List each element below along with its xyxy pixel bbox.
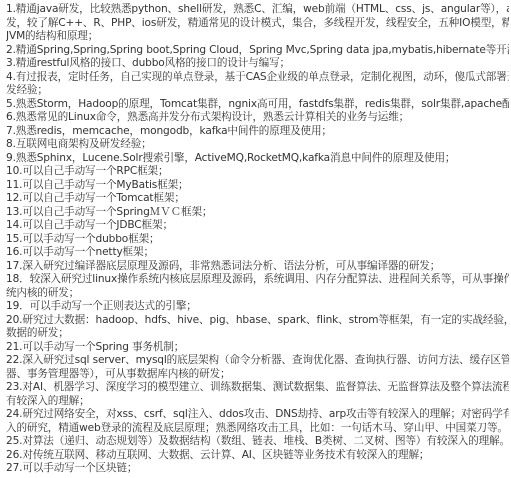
text-line: 发经验；	[6, 84, 509, 98]
list-item-10: 10.可以自己手动写一个RPC框架；	[6, 165, 509, 179]
text-line: 22.深入研究过sql server、mysql的底层架构（命令分析器、查询优化…	[6, 354, 509, 368]
list-item-12: 12.可以自己手动写一个Tomcat框架；	[6, 192, 509, 206]
text-line: 1.精通java研发，比较熟悉python、shell研发，熟悉C、汇编，web…	[6, 3, 509, 17]
text-line: 17.深入研究过编译器底层原理及源码，非常熟悉词法分析、语法分析，可从事编译器的…	[6, 260, 509, 274]
text-line: 2.精通Spring,Spring,Spring boot,Spring Clo…	[6, 44, 509, 58]
list-item-6: 6.熟悉常见的Linux命令，熟悉高并发分布式架构设计，熟悉云计算相关的业务与运…	[6, 111, 509, 125]
text-line: 21.可以手动写一个Spring 事务机制；	[6, 341, 509, 355]
list-item-25: 25.对算法（递归、动态规划等）及数据结构（数组、链表、堆栈、B类树、二叉树、图…	[6, 435, 509, 449]
text-line: 18．较深入研究过linux操作系统内核底层原理及源码，系统调用、内存分配算法、…	[6, 273, 509, 287]
text-line: 入的研究，精通web登录的流程及底层原理；熟悉网络攻击工具，比如：一句话木马、穿…	[6, 422, 509, 436]
text-line: 13.可以自己手动写一个SpringＭＶＣ框架；	[6, 206, 509, 220]
text-line: 16.可以手动写一个netty框架；	[6, 246, 509, 260]
text-line: 4.有过报表，定时任务，自己实现的单点登录，基于CAS企业级的单点登录，定制化视…	[6, 71, 509, 85]
text-line: 有较深入的理解；	[6, 395, 509, 409]
list-item-19: 19．可以手动写一个正则表达式的引擎；	[6, 300, 509, 314]
list-item-2: 2.精通Spring,Spring,Spring boot,Spring Clo…	[6, 44, 509, 58]
list-item-16: 16.可以手动写一个netty框架；	[6, 246, 509, 260]
list-item-23: 23.对AI、机器学习、深度学习的模型建立、训练数据集、测试数据集、监督算法、无…	[6, 381, 509, 408]
list-item-15: 15.可以手动写一个dubbo框架；	[6, 233, 509, 247]
list-item-24: 24.研究过网络安全，对xss、csrf、sql注入、ddos攻击、DNS劫持、…	[6, 408, 509, 435]
list-item-26: 26.对传统互联网、移动互联网、大数据、云计算、AI、区块链等业务技术有较深入的…	[6, 449, 509, 463]
text-line: JVM的结构和原理；	[6, 30, 509, 44]
list-item-5: 5.熟悉Storm，Hadoop的原理，Tomcat集群，ngnix高可用，fa…	[6, 98, 509, 112]
text-line: 7.熟悉redis，memcache，mongodb，kafka中间件的原理及使…	[6, 125, 509, 139]
text-line: 发，较了解C++、R、PHP、ios研发，精通常见的设计模式，集合，多线程开发，…	[6, 17, 509, 31]
text-line: 15.可以手动写一个dubbo框架；	[6, 233, 509, 247]
list-item-7: 7.熟悉redis，memcache，mongodb，kafka中间件的原理及使…	[6, 125, 509, 139]
text-line: 20.研究过大数据：hadoop、hdfs、hive、pig、hbase、spa…	[6, 314, 509, 328]
text-line: 9.熟悉Sphinx，Lucene.Solr搜索引擎，ActiveMQ,Rock…	[6, 152, 509, 166]
text-line: 8.互联网电商架构及研发经验；	[6, 138, 509, 152]
list-item-18: 18．较深入研究过linux操作系统内核底层原理及源码，系统调用、内存分配算法、…	[6, 273, 509, 300]
text-line: 11.可以自己手动写一个MyBatis框架；	[6, 179, 509, 193]
text-line: 5.熟悉Storm，Hadoop的原理，Tomcat集群，ngnix高可用，fa…	[6, 98, 509, 112]
skills-document: 1.精通java研发，比较熟悉python、shell研发，熟悉C、汇编，web…	[6, 3, 509, 476]
text-line: 26.对传统互联网、移动互联网、大数据、云计算、AI、区块链等业务技术有较深入的…	[6, 449, 509, 463]
text-line: 19．可以手动写一个正则表达式的引擎；	[6, 300, 509, 314]
text-line: 12.可以自己手动写一个Tomcat框架；	[6, 192, 509, 206]
list-item-8: 8.互联网电商架构及研发经验；	[6, 138, 509, 152]
list-item-14: 14.可以自己手动写一个JDBC框架；	[6, 219, 509, 233]
text-line: 器、事务管理器等），可从事数据库内核的研发；	[6, 368, 509, 382]
text-line: 10.可以自己手动写一个RPC框架；	[6, 165, 509, 179]
list-item-11: 11.可以自己手动写一个MyBatis框架；	[6, 179, 509, 193]
list-item-20: 20.研究过大数据：hadoop、hdfs、hive、pig、hbase、spa…	[6, 314, 509, 341]
list-item-9: 9.熟悉Sphinx，Lucene.Solr搜索引擎，ActiveMQ,Rock…	[6, 152, 509, 166]
text-line: 6.熟悉常见的Linux命令，熟悉高并发分布式架构设计，熟悉云计算相关的业务与运…	[6, 111, 509, 125]
text-line: 统内核的研发；	[6, 287, 509, 301]
list-item-27: 27.可以手动写一个区块链；	[6, 462, 509, 476]
list-item-21: 21.可以手动写一个Spring 事务机制；	[6, 341, 509, 355]
text-line: 24.研究过网络安全，对xss、csrf、sql注入、ddos攻击、DNS劫持、…	[6, 408, 509, 422]
list-item-1: 1.精通java研发，比较熟悉python、shell研发，熟悉C、汇编，web…	[6, 3, 509, 44]
text-line: 3.精通restful风格的接口、dubbo风格的接口的设计与编写；	[6, 57, 509, 71]
text-line: 23.对AI、机器学习、深度学习的模型建立、训练数据集、测试数据集、监督算法、无…	[6, 381, 509, 395]
list-item-17: 17.深入研究过编译器底层原理及源码，非常熟悉词法分析、语法分析，可从事编译器的…	[6, 260, 509, 274]
list-item-3: 3.精通restful风格的接口、dubbo风格的接口的设计与编写；	[6, 57, 509, 71]
text-line: 25.对算法（递归、动态规划等）及数据结构（数组、链表、堆栈、B类树、二叉树、图…	[6, 435, 509, 449]
text-line: 14.可以自己手动写一个JDBC框架；	[6, 219, 509, 233]
list-item-4: 4.有过报表，定时任务，自己实现的单点登录，基于CAS企业级的单点登录，定制化视…	[6, 71, 509, 98]
text-line: 27.可以手动写一个区块链；	[6, 462, 509, 476]
list-item-13: 13.可以自己手动写一个SpringＭＶＣ框架；	[6, 206, 509, 220]
list-item-22: 22.深入研究过sql server、mysql的底层架构（命令分析器、查询优化…	[6, 354, 509, 381]
text-line: 数据的研发；	[6, 327, 509, 341]
